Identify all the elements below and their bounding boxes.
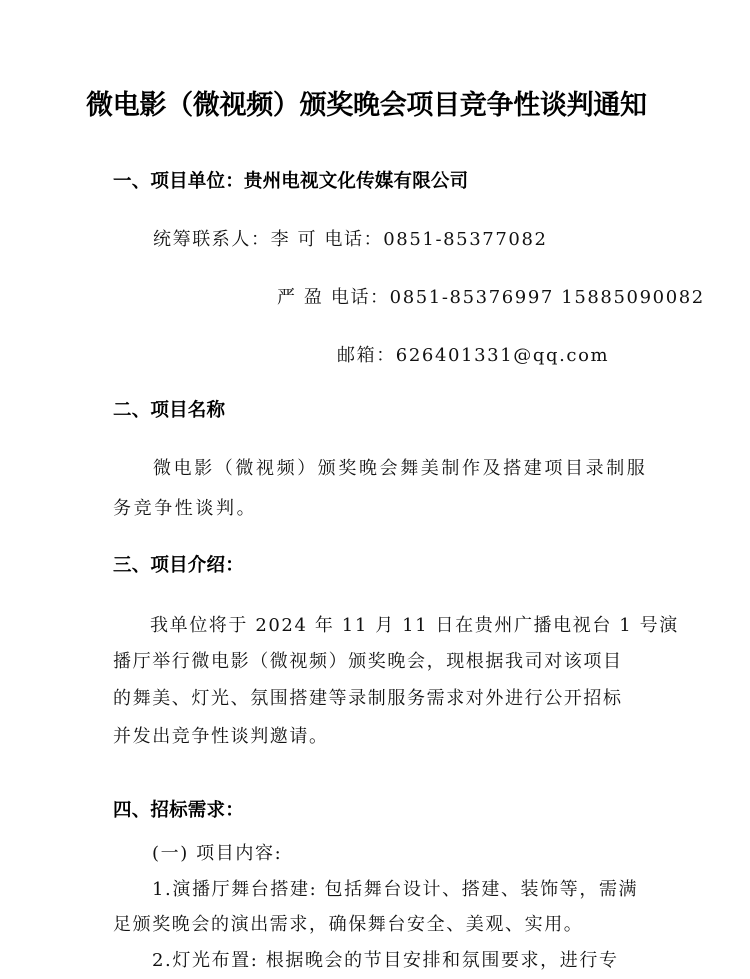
- contact-email: 邮箱：626401331@qq.com: [337, 347, 609, 365]
- project-name-line: 微电影（微视频）颁奖晚会舞美制作及搭建项目录制服: [153, 460, 647, 478]
- section-heading-bid-requirements: 四、招标需求：: [113, 802, 244, 821]
- section-heading-project-unit: 一、项目单位：贵州电视文化传媒有限公司: [113, 173, 468, 192]
- project-intro-line: 播厅举行微电影（微视频）颁奖晚会，现根据我司对该项目: [113, 653, 623, 671]
- project-intro-line: 并发出竞争性谈判邀请。: [113, 728, 329, 746]
- requirement-line: 足颁奖晚会的演出需求，确保舞台安全、美观、实用。: [113, 916, 583, 934]
- project-intro-line: 的舞美、灯光、氛围搭建等录制服务需求对外进行公开招标: [113, 690, 623, 708]
- project-intro-line: 我单位将于 2024 年 11 月 11 日在贵州广播电视台 1 号演: [150, 617, 679, 635]
- subsection-heading-project-content: (一) 项目内容:: [152, 845, 282, 863]
- contact-primary: 统筹联系人：李 可 电话：0851-85377082: [153, 231, 548, 249]
- section-heading-project-intro: 三、项目介绍：: [113, 557, 244, 576]
- requirement-line: 1.演播厅舞台搭建: 包括舞台设计、搭建、装饰等，需满: [152, 881, 638, 899]
- requirement-line: 2.灯光布置: 根据晚会的节目安排和氛围要求，进行专: [152, 952, 619, 970]
- project-name-line: 务竞争性谈判。: [113, 500, 257, 518]
- contact-secondary: 严 盈 电话：0851-85376997 15885090082: [277, 289, 705, 307]
- document-title: 微电影（微视频）颁奖晚会项目竞争性谈判通知: [86, 92, 647, 119]
- section-heading-project-name: 二、项目名称: [113, 402, 225, 421]
